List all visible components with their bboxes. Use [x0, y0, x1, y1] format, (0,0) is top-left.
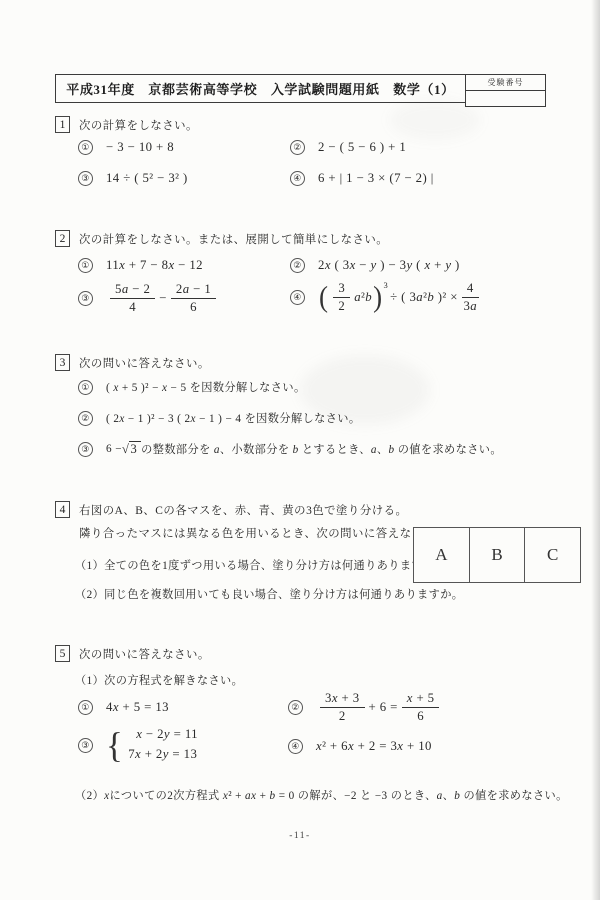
operator: −	[159, 291, 167, 306]
problem-2-instruction: 次の計算をしなさい。または、展開して簡単にしなさい。	[79, 231, 388, 247]
problem-2-number: 2	[55, 230, 70, 247]
close-paren: )	[373, 282, 382, 311]
page-title: 平成31年度 京都芸術高等学校 入学試験問題用紙 数学（1）	[66, 79, 455, 98]
p2-q1: ① 11x + 7 − 8x − 12	[78, 258, 203, 273]
problem-1-heading: 1 次の計算をしなさい。	[55, 116, 198, 133]
item-number: ②	[288, 700, 303, 715]
system-brace: {	[106, 727, 123, 763]
exam-sheet: 平成31年度 京都芸術高等学校 入学試験問題用紙 数学（1） 受験番号 1 次の…	[0, 0, 600, 900]
p3-q3: ③ 6 − √3 の整数部分を a、小数部分を b とするとき、a、b の値を求…	[78, 441, 502, 457]
p1-q4: ④ 6 + | 1 − 3 × (7 − 2) |	[290, 171, 434, 186]
problem-2-heading: 2 次の計算をしなさい。または、展開して簡単にしなさい。	[55, 230, 388, 247]
expression: 6 + | 1 − 3 × (7 − 2) |	[318, 171, 434, 186]
item-number: ③	[78, 738, 93, 753]
p3-q1: ① ( x + 5 )² − x − 5 を因数分解しなさい。	[78, 379, 306, 395]
expression: 2 − ( 5 − 6 ) + 1	[318, 140, 406, 155]
p1-q2: ② 2 − ( 5 − 6 ) + 1	[290, 140, 406, 155]
p1-q1: ① − 3 − 10 + 8	[78, 140, 174, 155]
item-number: ①	[78, 140, 93, 155]
figure-cell-a: A	[414, 528, 469, 582]
p4-q2: （2）同じ色を複数回用いても良い場合、塗り分け方は何通りありますか。	[75, 586, 463, 602]
p4-q1: （1）全ての色を1度ずつ用いる場合、塗り分け方は何通りありますか。	[75, 557, 446, 573]
expression: 14 ÷ ( 5² − 3² )	[106, 171, 188, 186]
p5-sub2: （2）xについての2次方程式 x² + ax + b = 0 の解が、−2 と …	[75, 787, 568, 803]
problem-5-heading: 5 次の問いに答えなさい。	[55, 645, 210, 662]
exponent: 3	[384, 280, 389, 290]
item-number: ①	[78, 700, 93, 715]
figure-cell-b: B	[469, 528, 525, 582]
problem-4-heading: 4 右図のA、B、Cの各マスを、赤、青、黄の3色で塗り分ける。	[55, 501, 407, 518]
equation-1: x − 2y = 11	[136, 725, 198, 745]
question-text: の整数部分を a、小数部分を b とするとき、a、b の値を求めなさい。	[141, 441, 502, 457]
p5-q4: ④ x² + 6x + 2 = 3x + 10	[288, 739, 432, 754]
fraction: 5a − 24	[110, 282, 155, 314]
item-number: ④	[290, 290, 305, 305]
expression: ( 2x − 1 )² − 3 ( 2x − 1 ) − 4 を因数分解しなさい…	[106, 410, 360, 426]
p3-q2: ② ( 2x − 1 )² − 3 ( 2x − 1 ) − 4 を因数分解しな…	[78, 410, 360, 426]
examinee-number-label: 受験番号	[466, 75, 545, 91]
p2-q2: ② 2x ( 3x − y ) − 3y ( x + y )	[290, 258, 460, 273]
p2-q3: ③ 5a − 24 − 2a − 16	[78, 282, 220, 314]
problem-4-statement-line1: 右図のA、B、Cの各マスを、赤、青、黄の3色で塗り分ける。	[79, 502, 407, 518]
fraction: 32	[333, 281, 350, 313]
problem-3-instruction: 次の問いに答えなさい。	[79, 355, 210, 371]
p2-q4: ④ ( 32 a²b ) 3 ÷ ( 3a²b )² × 43a	[290, 280, 483, 314]
sqrt-radical: √3	[122, 442, 141, 457]
item-number: ①	[78, 380, 93, 395]
equation-system: x − 2y = 11 7x + 2y = 13	[128, 725, 198, 765]
fraction: x + 56	[402, 691, 440, 723]
expression: 6 −	[106, 443, 122, 455]
page-number: -11-	[0, 831, 600, 841]
problem-4-statement-line2: 隣り合ったマスには異なる色を用いるとき、次の問いに答えなさい。	[79, 525, 447, 541]
expression: 11x + 7 − 8x − 12	[106, 258, 203, 273]
item-number: ③	[78, 291, 93, 306]
item-number: ④	[288, 739, 303, 754]
fraction: 3x + 32	[320, 691, 365, 723]
item-number: ②	[78, 411, 93, 426]
expression: ÷ ( 3a²b )² ×	[390, 290, 458, 305]
expression: x² + 6x + 2 = 3x + 10	[316, 739, 432, 754]
item-number: ③	[78, 442, 93, 457]
item-number: ②	[290, 258, 305, 273]
expression: ( x + 5 )² − x − 5 を因数分解しなさい。	[106, 379, 306, 395]
item-number: ④	[290, 171, 305, 186]
p1-q3: ③ 14 ÷ ( 5² − 3² )	[78, 171, 188, 186]
item-number: ③	[78, 171, 93, 186]
problem-3-heading: 3 次の問いに答えなさい。	[55, 354, 210, 371]
p5-q2: ② 3x + 32 + 6 = x + 56	[288, 690, 443, 724]
expression: 2x ( 3x − y ) − 3y ( x + y )	[318, 258, 460, 273]
problem-5-number: 5	[55, 645, 70, 662]
p5-sub1: （1）次の方程式を解きなさい。	[75, 672, 243, 688]
problem-1-number: 1	[55, 116, 70, 133]
expression: a²b	[354, 290, 372, 305]
open-paren: (	[319, 282, 328, 311]
fraction: 43a	[462, 281, 479, 313]
fraction: 2a − 16	[171, 282, 216, 314]
expression: + 6 =	[369, 700, 398, 715]
p5-q1: ① 4x + 5 = 13	[78, 700, 169, 715]
figure-cell-c: C	[524, 528, 580, 582]
expression: − 3 − 10 + 8	[106, 140, 174, 155]
title-box: 平成31年度 京都芸術高等学校 入学試験問題用紙 数学（1）	[55, 74, 466, 103]
figure-abc-cells: A B C	[413, 527, 581, 583]
problem-5-instruction: 次の問いに答えなさい。	[79, 646, 210, 662]
problem-1-instruction: 次の計算をしなさい。	[79, 117, 198, 133]
expression: 4x + 5 = 13	[106, 700, 169, 715]
p5-q3: ③ { x − 2y = 11 7x + 2y = 13	[78, 726, 198, 764]
problem-4-number: 4	[55, 501, 70, 518]
examinee-number-box: 受験番号	[465, 74, 546, 107]
item-number: ①	[78, 258, 93, 273]
equation-2: 7x + 2y = 13	[128, 745, 198, 765]
problem-3-number: 3	[55, 354, 70, 371]
item-number: ②	[290, 140, 305, 155]
